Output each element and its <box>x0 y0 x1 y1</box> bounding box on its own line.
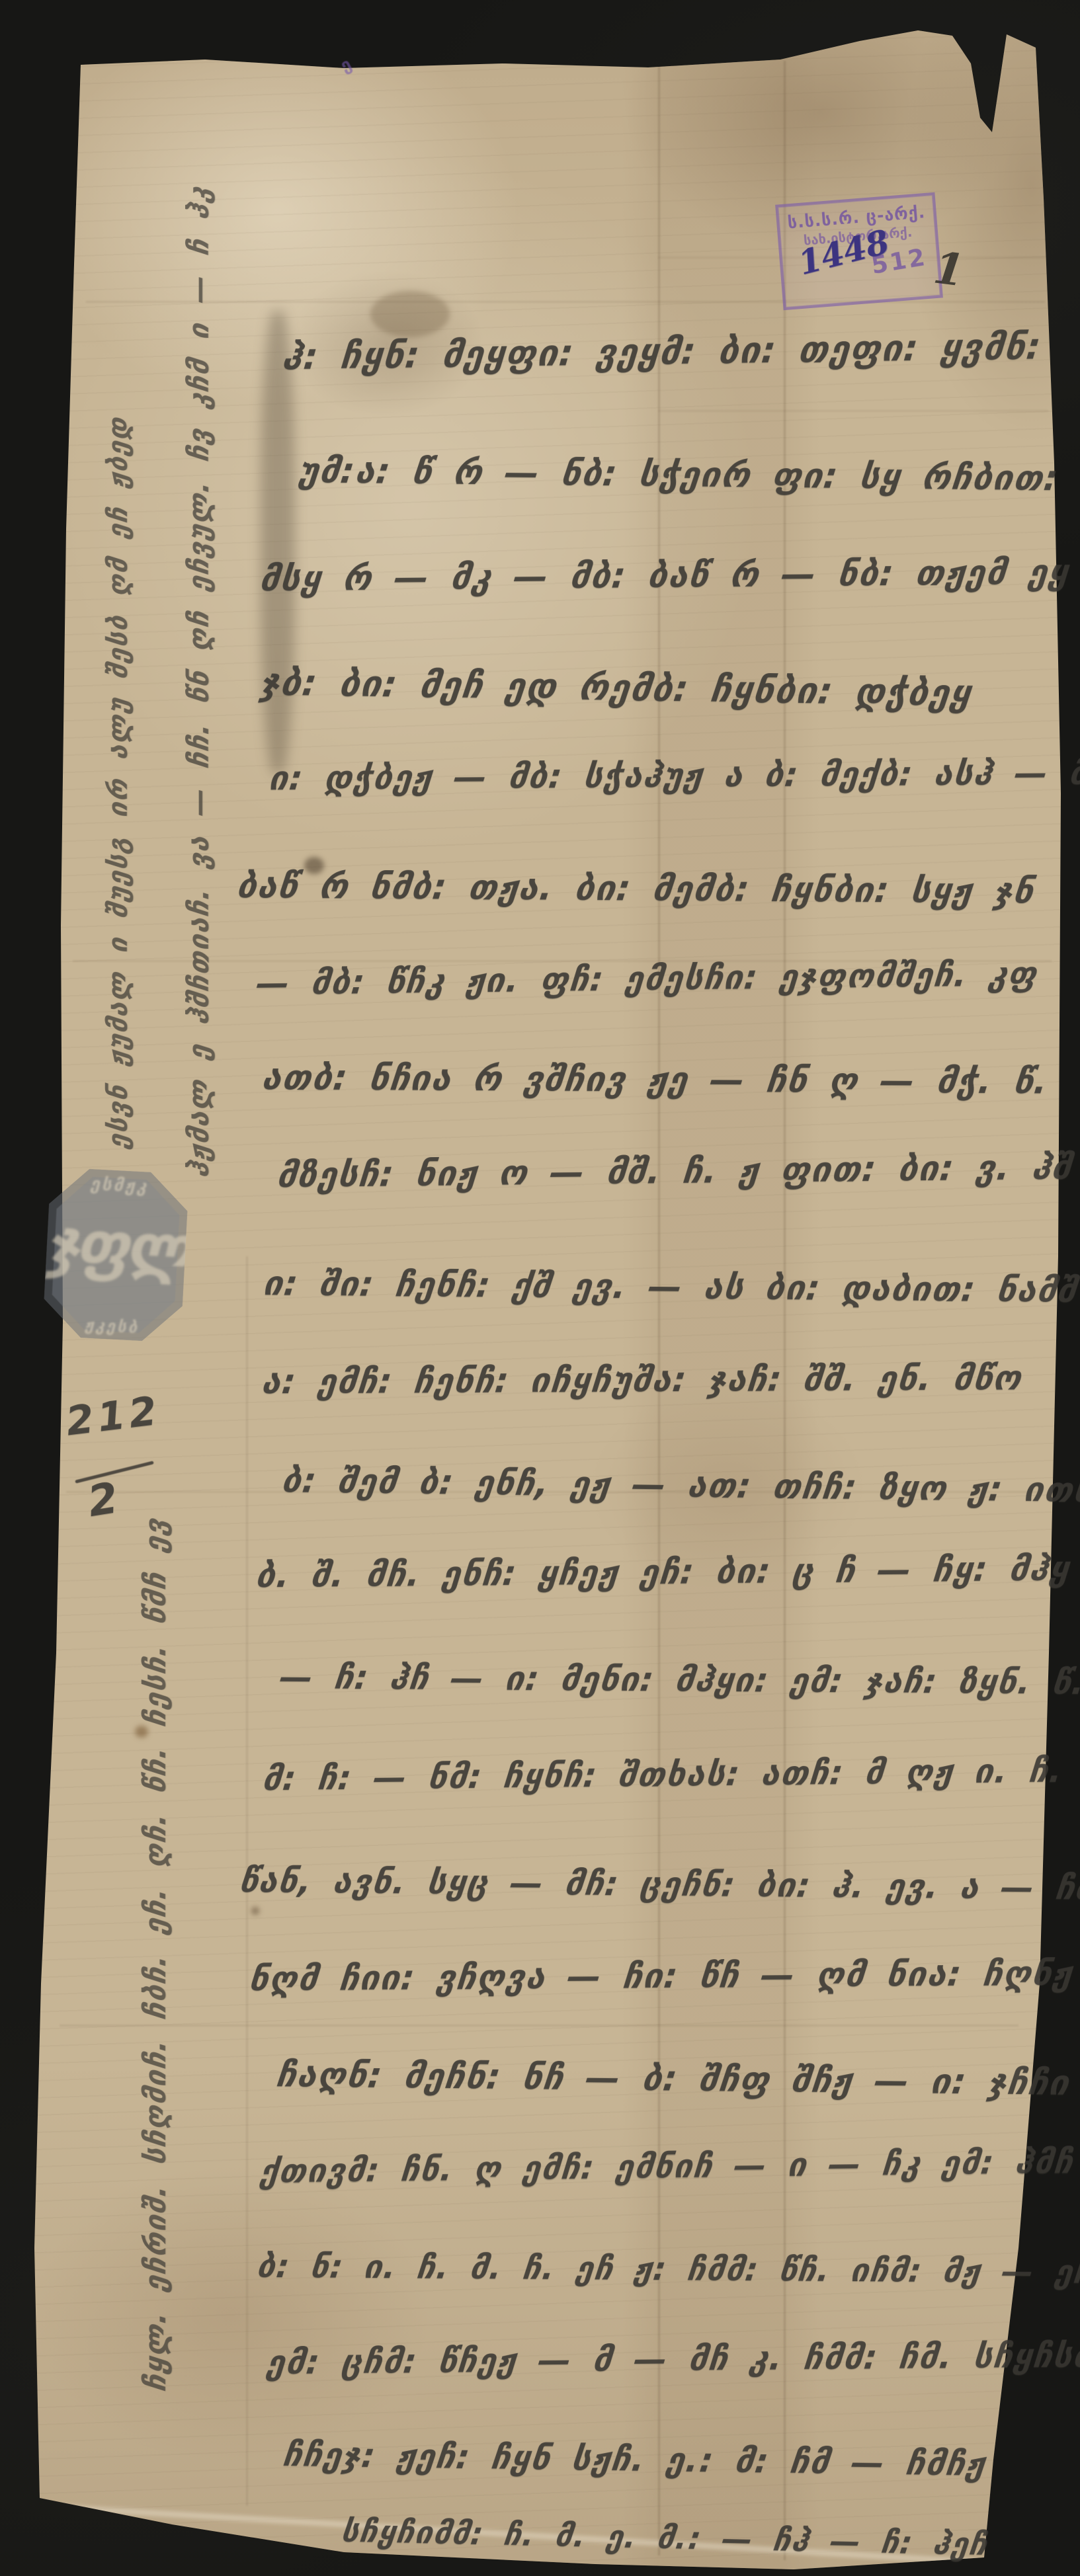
vertical-fold-crease <box>784 61 786 2560</box>
pen-stroke-mark: 1 <box>931 241 967 296</box>
manuscript-line: — ჩ: ჰჩ — ი: მენი: მჰყი: ემ: ჯაჩ: ზყნ. წ… <box>277 1658 1080 1702</box>
stain-spot <box>251 1907 259 1915</box>
margin-annotation-line: ჰჟმალ ე ჰშჩთიაჩ. ვა — ჩჩ. წნ ღჩ ეჩვულ. ჩ… <box>183 184 215 1180</box>
inventory-number: 212 2 <box>58 1394 204 1552</box>
ink-stain-band <box>261 311 295 774</box>
manuscript-line: უმ:ა: წ რ — ნბ: სჭეირ ფი: სყ რჩბით: <box>296 451 1061 499</box>
manuscript-line: ა: ემჩ: ჩენჩ: იჩყჩუშა: ჯაჩ: შშ. ენ. მწო <box>260 1359 1024 1402</box>
inventory-denominator: 2 <box>85 1474 123 1527</box>
manuscript-line: ი: ში: ჩენჩ: ქშ ევ. — ას ბი: დაბით: ნამშ <box>261 1264 1079 1310</box>
archive-stamp: ს.ს.ს.რ. ც-არქ. სახ.ისტორ.არქ. 512 1448 <box>775 192 943 310</box>
manuscript-line: ბაწ რ ნმბ: თჟა. ბი: მემბ: ჩყნბი: სყჟ ჯნ <box>235 866 1036 911</box>
manuscript-line: ათბ: ნჩია რ ვშჩივ ჟე — ჩნ ღ — მჭ. წ. <box>260 1058 1050 1102</box>
manuscript-line: ბ: ნ: ი. ჩ. მ. ჩ. ეჩ ჟ: ჩმმ: წჩ. იჩმ: მჟ… <box>255 2248 1080 2292</box>
octagonal-seal: ესმჟკ ჯფლ ჟკესბ <box>42 1167 189 1344</box>
manuscript-line: მზესჩ: ნიჟ ო — მშ. ჩ. ჟ ფით: ბი: ვ. ჰშ <box>275 1147 1074 1195</box>
manuscript-line: ი: დჭბეჟ — მბ: სჭაჰუჟ ა ბ: მექბ: ასჰ — მ… <box>267 753 1080 797</box>
stain-spot <box>370 291 450 337</box>
manuscript-line: ნღმ ჩიი: ვჩღვა — ჩი: წჩ — ღმ ნია: ჩღნჟ <box>247 1954 1075 1999</box>
horizontal-fold-crease <box>86 301 1045 303</box>
manuscript-line: ჩაღნ: მეჩნ: ნჩ — ბ: შჩფ შჩჟ — ი: ჯჩჩი <box>274 2055 1072 2103</box>
margin-annotation-line: ჩყლ. ეჩრიშ. სჩღმიჩ. ჩბჩ. ეჩ. ღჩ. წჩ. ჩეს… <box>139 1516 173 2394</box>
horizontal-fold-crease <box>60 2025 1018 2027</box>
manuscript-line: ბ. შ. მჩ. ენჩ: ყჩეჟ ეჩ: ბი: ც ჩ — ჩყ: მჰ… <box>254 1549 1071 1595</box>
manuscript-line: მსყ რ — მკ — მბ: ბაწ რ — ნბ: თჟემ ეყ <box>258 552 1071 599</box>
inventory-numerator: 212 <box>63 1388 163 1445</box>
photographed-document: { "colors": { "background": "#171715", "… <box>0 0 1080 2576</box>
horizontal-fold-crease <box>658 410 1048 412</box>
margin-annotation-line: ესვნ ჟუმალ ი შუესგ ირ ალუ შესბ ღმ ეჩ ჟბე… <box>103 415 134 1150</box>
seal-monogram: ჯფლ <box>45 1205 188 1287</box>
manuscript-line: წან, ავნ. სყც — მჩ: ცეჩნ: ბი: ჰ. ევ. ა —… <box>237 1861 1080 1907</box>
manuscript-line: ემ: ცჩმ: წჩეჟ — მ — მჩ კ. ჩმმ: ჩმ. სჩყჩს… <box>265 2336 1080 2382</box>
